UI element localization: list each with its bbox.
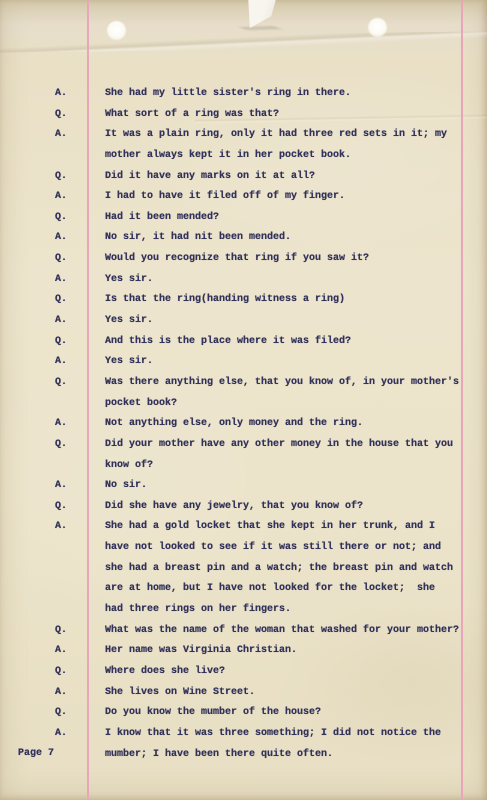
qa-text: Not anything else, only money and the ri… xyxy=(105,418,363,429)
qa-text: are at home, but I have not looked for t… xyxy=(105,583,435,594)
qa-line: mother always kept it in her pocket book… xyxy=(0,148,487,169)
qa-line: pocket book? xyxy=(0,396,487,417)
qa-line: Q. Was there anything else, that you kno… xyxy=(0,375,487,396)
qa-line: A. No sir, it had nit been mended. xyxy=(0,230,487,251)
qa-speaker-label: A. xyxy=(55,315,67,326)
qa-text: It was a plain ring, only it had three r… xyxy=(105,129,447,140)
qa-line: Q. Where does she live? xyxy=(0,664,487,685)
qa-speaker-label: Q. xyxy=(55,707,67,718)
qa-speaker-label: A. xyxy=(55,521,67,532)
qa-text: Had it been mended? xyxy=(105,212,219,223)
qa-text: Did your mother have any other money in … xyxy=(105,439,453,450)
qa-speaker-label: Q. xyxy=(55,253,67,264)
qa-speaker-label: Q. xyxy=(55,336,67,347)
qa-speaker-label: A. xyxy=(55,480,67,491)
punch-hole xyxy=(368,18,387,37)
qa-line: Q. Do you know the mumber of the house? xyxy=(0,705,487,726)
qa-text: What sort of a ring was that? xyxy=(105,109,279,120)
qa-text: What was the name of the woman that wash… xyxy=(105,625,459,636)
qa-line: Q. Did your mother have any other money … xyxy=(0,437,487,458)
qa-line: Q. And this is the place where it was fi… xyxy=(0,334,487,355)
qa-text: have not looked to see if it was still t… xyxy=(105,542,441,553)
qa-line: A. Her name was Virginia Christian. xyxy=(0,643,487,664)
qa-speaker-label: Q. xyxy=(55,294,67,305)
qa-speaker-label: A. xyxy=(55,274,67,285)
qa-line: A. I had to have it filed off of my fing… xyxy=(0,189,487,210)
qa-text: Would you recognize that ring if you saw… xyxy=(105,253,369,264)
qa-text: Did she have any jewelry, that you know … xyxy=(105,501,363,512)
qa-speaker-label: A. xyxy=(55,356,67,367)
qa-text: No sir. xyxy=(105,480,147,491)
qa-line: Q. What was the name of the woman that w… xyxy=(0,623,487,644)
qa-line: A. Yes sir. xyxy=(0,354,487,375)
punch-hole xyxy=(107,21,126,40)
qa-line: know of? xyxy=(0,458,487,479)
qa-speaker-label: Q. xyxy=(55,501,67,512)
qa-text: pocket book? xyxy=(105,398,177,409)
qa-line: Q. Is that the ring(handing witness a ri… xyxy=(0,292,487,313)
qa-line: A. Yes sir. xyxy=(0,313,487,334)
qa-speaker-label: Q. xyxy=(55,625,67,636)
qa-speaker-label: A. xyxy=(55,687,67,698)
qa-speaker-label: A. xyxy=(55,191,67,202)
qa-speaker-label: A. xyxy=(55,88,67,99)
qa-text: I had to have it filed off of my finger. xyxy=(105,191,345,202)
qa-text: She lives on Wine Street. xyxy=(105,687,255,698)
qa-line: A. I know that it was three something; I… xyxy=(0,726,487,747)
qa-line: Q. Did it have any marks on it at all? xyxy=(0,169,487,190)
qa-text: she had a breast pin and a watch; the br… xyxy=(105,563,453,574)
qa-line: A. Not anything else, only money and the… xyxy=(0,416,487,437)
qa-line: have not looked to see if it was still t… xyxy=(0,540,487,561)
qa-speaker-label: A. xyxy=(55,418,67,429)
qa-line: Q. Would you recognize that ring if you … xyxy=(0,251,487,272)
qa-line: A. She had my little sister's ring in th… xyxy=(0,86,487,107)
qa-text: know of? xyxy=(105,460,153,471)
qa-text: Her name was Virginia Christian. xyxy=(105,645,297,656)
qa-line: are at home, but I have not looked for t… xyxy=(0,581,487,602)
qa-text: She had my little sister's ring in there… xyxy=(105,88,351,99)
qa-text: Do you know the mumber of the house? xyxy=(105,707,321,718)
qa-text: Was there anything else, that you know o… xyxy=(105,377,459,388)
qa-text: mother always kept it in her pocket book… xyxy=(105,150,351,161)
qa-line: Q. Did she have any jewelry, that you kn… xyxy=(0,499,487,520)
qa-speaker-label: A. xyxy=(55,728,67,739)
qa-line: A. No sir. xyxy=(0,478,487,499)
qa-speaker-label: A. xyxy=(55,232,67,243)
qa-line: mumber; I have been there quite often. xyxy=(0,747,487,768)
qa-text: Yes sir. xyxy=(105,315,153,326)
qa-line: A. It was a plain ring, only it had thre… xyxy=(0,127,487,148)
qa-speaker-label: Q. xyxy=(55,666,67,677)
qa-speaker-label: Q. xyxy=(55,171,67,182)
paper-crease xyxy=(0,31,487,52)
document-page: A. She had my little sister's ring in th… xyxy=(0,0,487,800)
qa-text: No sir, it had nit been mended. xyxy=(105,232,291,243)
page-number: Page 7 xyxy=(18,748,54,759)
qa-text: Is that the ring(handing witness a ring) xyxy=(105,294,345,305)
qa-transcript: A. She had my little sister's ring in th… xyxy=(0,86,487,767)
qa-line: A. She lives on Wine Street. xyxy=(0,685,487,706)
qa-text: mumber; I have been there quite often. xyxy=(105,749,333,760)
qa-text: She had a gold locket that she kept in h… xyxy=(105,521,435,532)
qa-line: had three rings on her fingers. xyxy=(0,602,487,623)
qa-text: Did it have any marks on it at all? xyxy=(105,171,315,182)
qa-text: Yes sir. xyxy=(105,356,153,367)
qa-text: I know that it was three something; I di… xyxy=(105,728,441,739)
qa-text: had three rings on her fingers. xyxy=(105,604,291,615)
qa-text: Where does she live? xyxy=(105,666,225,677)
qa-speaker-label: A. xyxy=(55,645,67,656)
qa-line: A. She had a gold locket that she kept i… xyxy=(0,519,487,540)
qa-speaker-label: Q. xyxy=(55,439,67,450)
qa-speaker-label: Q. xyxy=(55,377,67,388)
qa-line: Q. Had it been mended? xyxy=(0,210,487,231)
qa-text: And this is the place where it was filed… xyxy=(105,336,351,347)
qa-speaker-label: Q. xyxy=(55,109,67,120)
qa-line: she had a breast pin and a watch; the br… xyxy=(0,561,487,582)
qa-text: Yes sir. xyxy=(105,274,153,285)
qa-line: A. Yes sir. xyxy=(0,272,487,293)
qa-line: Q. What sort of a ring was that? xyxy=(0,107,487,128)
qa-speaker-label: Q. xyxy=(55,212,67,223)
qa-speaker-label: A. xyxy=(55,129,67,140)
